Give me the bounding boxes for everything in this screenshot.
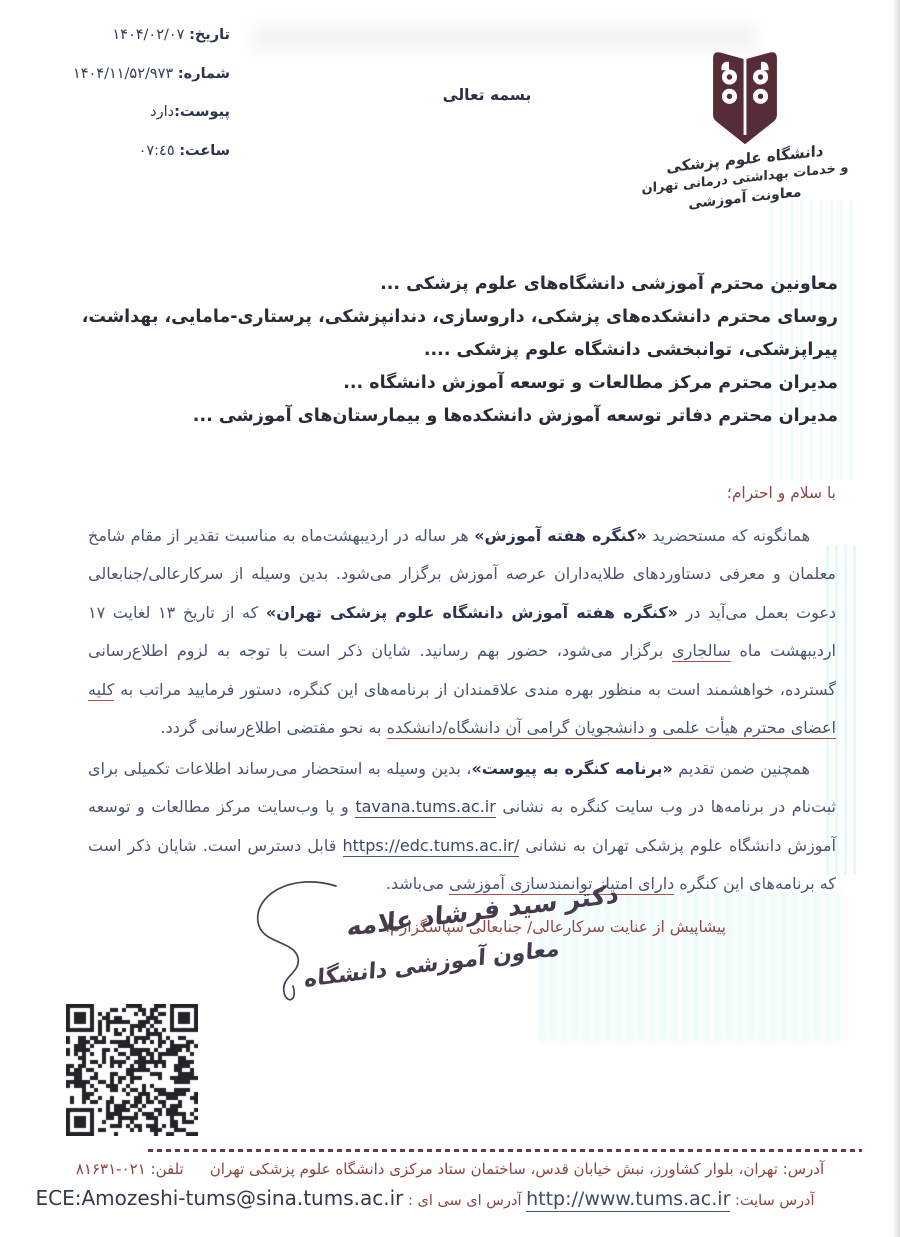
ece-email-link[interactable]: ECE:Amozeshi-tums@sina.tums.ac.ir <box>35 1186 403 1210</box>
program-attached-bold: «برنامه کنگره به پیوست» <box>471 759 672 778</box>
body-text: به نحو مقتضی اطلاع‌رسانی گردد. <box>161 718 387 737</box>
recipient-line: مدیران محترم دفاتر توسعه آموزش دانشکده‌ه… <box>60 400 838 433</box>
recipient-line: مدیران محترم مرکز مطالعات و توسعه آموزش … <box>60 367 838 400</box>
edc-url-link[interactable]: https://edc.tums.ac.ir/ <box>343 836 520 857</box>
congress-name-bold: «کنگره هفته آموزش» <box>474 526 647 545</box>
salutation: با سلام و احترام؛ <box>88 474 836 513</box>
letter-attachment: پیوست:دارد <box>34 93 230 132</box>
phone-label: تلفن: <box>151 1160 184 1178</box>
scan-right-edge-shadow <box>893 0 900 1237</box>
letter-meta-block: تاریخ: ۱۴۰۴/۰۲/۰۷ شماره: ۱۴۰۴/۱۱/۵۲/۹۷۳ … <box>34 16 230 170</box>
body-text: همانگونه که مستحضرید <box>647 526 810 545</box>
tums-website-link[interactable]: http://www.tums.ac.ir <box>526 1188 730 1212</box>
logo-caption: دانشگاه علوم پزشکی و خدمات بهداشتی درمان… <box>631 138 860 218</box>
recipient-line: روسای محترم دانشکده‌های پزشکی، داروسازی،… <box>60 301 838 334</box>
letter-date: تاریخ: ۱۴۰۴/۰۲/۰۷ <box>34 16 230 55</box>
recipient-line: معاونین محترم آموزشی دانشگاه‌های علوم پز… <box>60 268 838 301</box>
site-label: آدرس سایت: <box>735 1193 815 1209</box>
recipients-block: معاونین محترم آموزشی دانشگاه‌های علوم پز… <box>60 268 838 433</box>
footer-divider <box>148 1149 862 1152</box>
footer-web-line: آدرس سایت: http://www.tums.ac.ir آدرس ای… <box>20 1186 830 1210</box>
congress-fullname-bold: «کنگره هفته آموزش دانشگاه علوم پزشکی تهر… <box>266 603 678 622</box>
tums-logo-block: دانشگاه علوم پزشکی و خدمات بهداشتی درمان… <box>630 50 860 206</box>
paragraph-1: همانگونه که مستحضرید «کنگره هفته آموزش» … <box>88 517 836 748</box>
letter-number: شماره: ۱۴۰۴/۱۱/۵۲/۹۷۳ <box>34 55 230 94</box>
tums-book-logo-icon <box>703 50 787 146</box>
qr-code <box>66 1004 198 1136</box>
scanned-letter-page: تاریخ: ۱۴۰۴/۰۲/۰۷ شماره: ۱۴۰۴/۱۱/۵۲/۹۷۳ … <box>0 0 900 1237</box>
besmele-heading: بسمه تعالی <box>377 86 597 104</box>
letter-time: ساعت: ۰۷:٤٥ <box>34 132 230 171</box>
address-label: آدرس: <box>783 1160 824 1178</box>
address-value: تهران، بلوار کشاورز، نبش خیابان قدس، ساخ… <box>210 1160 778 1178</box>
ece-label: آدرس ای سی ای : <box>408 1193 522 1209</box>
body-text: همچنین ضمن تقدیم <box>673 759 810 778</box>
paragraph-2: همچنین ضمن تقدیم «برنامه کنگره به پیوست»… <box>88 750 836 904</box>
letter-body: با سلام و احترام؛ همانگونه که مستحضرید «… <box>88 474 836 946</box>
underlined-current-year: سالجاری <box>672 641 731 662</box>
phone-value: ۰۲۱-۸۱۶۳۱ <box>76 1160 146 1178</box>
signature-flourish <box>228 868 428 1028</box>
footer-address-line: آدرس: تهران، بلوار کشاورز، نبش خیابان قد… <box>40 1160 860 1178</box>
scan-ghosting-band <box>255 26 755 50</box>
recipient-line: پیراپزشکی، توانبخشی دانشگاه علوم پزشکی .… <box>60 334 838 367</box>
tavana-url-link[interactable]: tavana.tums.ac.ir <box>355 797 496 818</box>
